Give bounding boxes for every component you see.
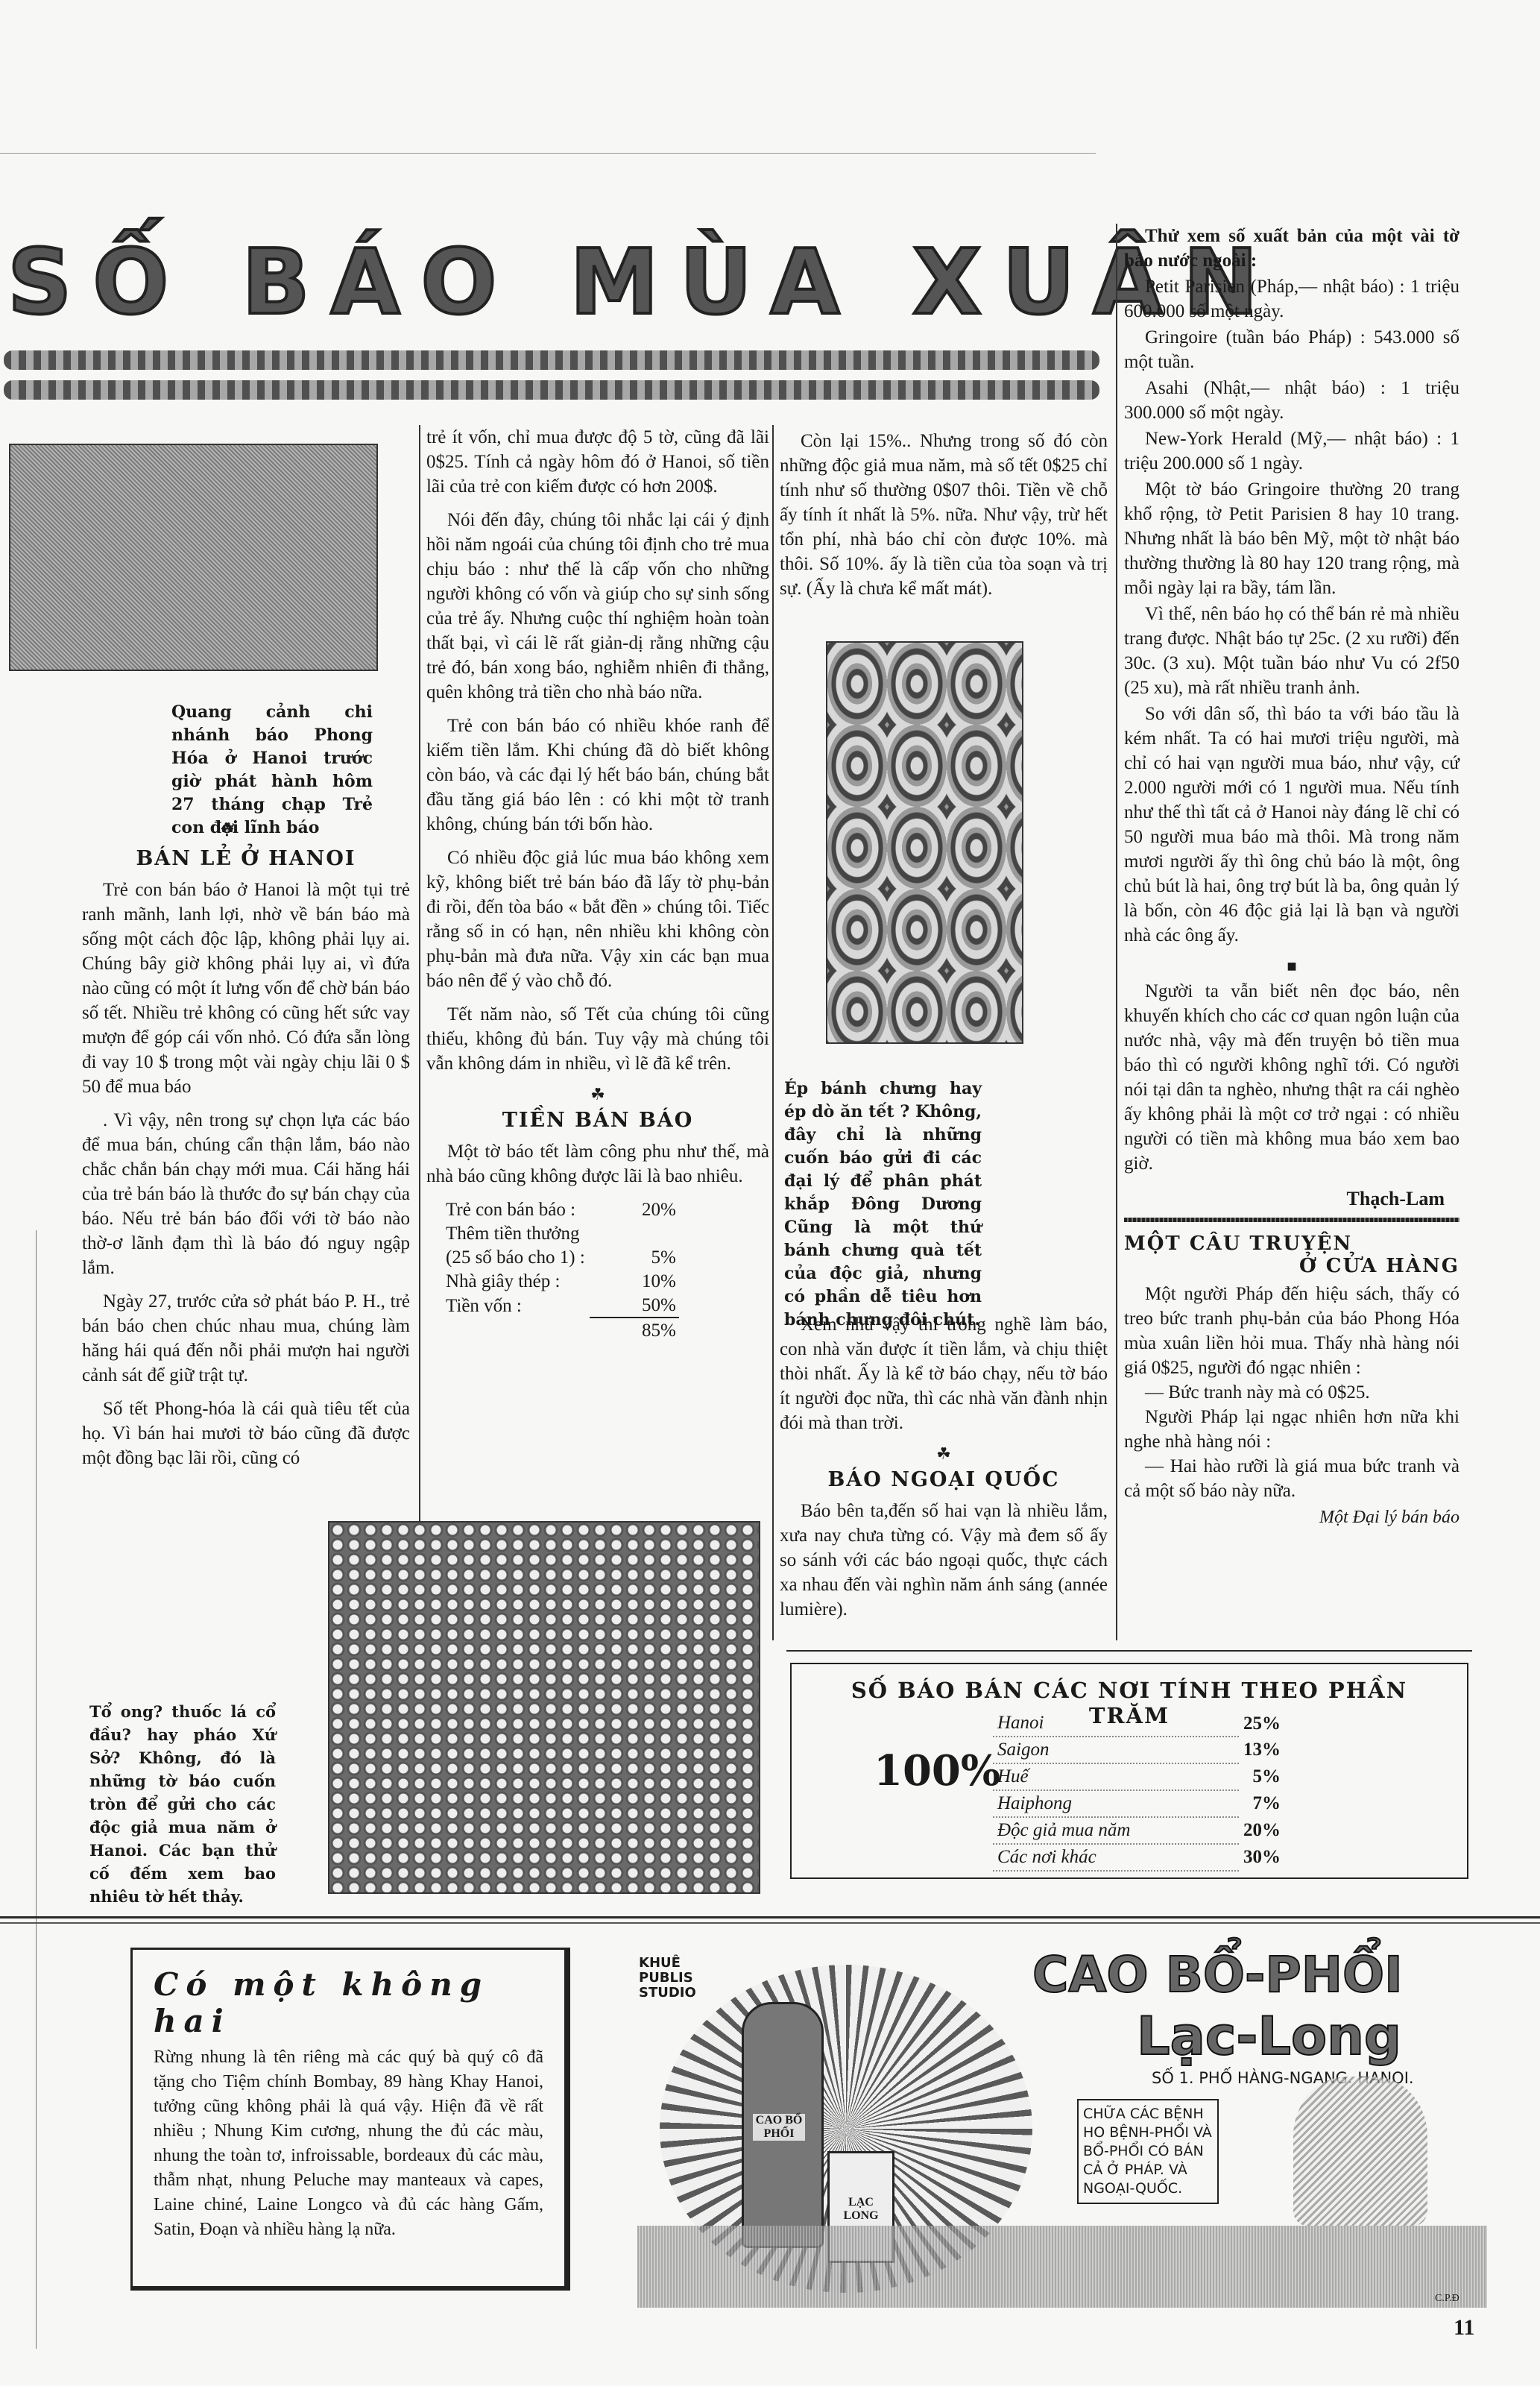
cost-breakdown-table: Trẻ con bán báo :20% Thêm tiền thưởng (2… (441, 1197, 681, 1344)
cost-row: Thêm tiền thưởng (443, 1223, 679, 1245)
margin-rule (36, 1230, 37, 2349)
col1-paragraph: Số tết Phong-hóa là cái quà tiêu tết của… (82, 1397, 410, 1470)
title-wave-rule-2 (4, 380, 1099, 400)
story-paragraph: — Hai hào rưỡi là giá mua bức tranh và c… (1124, 1454, 1459, 1503)
cost-intro: Một tờ báo tết làm công phu như thế, mà … (426, 1139, 769, 1189)
col4-paragraph: Thử xem số xuất bản của một vài tờ báo n… (1124, 224, 1459, 273)
col3-paragraph: Xem như vậy thì trong nghề làm báo, con … (780, 1312, 1108, 1435)
rolls-caption: Ép bánh chưng hay ép dò ăn tết ? Không, … (784, 1077, 982, 1332)
column-2: trẻ ít vốn, chỉ mua được độ 5 tờ, cũng đ… (426, 425, 769, 1344)
studio-mark: KHUÊ PUBLIS STUDIO (639, 1956, 691, 2001)
cost-row: Tiền vốn :50% (443, 1294, 679, 1318)
col4-paragraph: So với dân số, thì báo ta với báo tầu là… (1124, 702, 1459, 948)
box-label: LẠC LONG (830, 2196, 892, 2223)
story-paragraph: Một người Pháp đến hiệu sách, thấy có tr… (1124, 1282, 1459, 1380)
col4-paragraph: Gringoire (tuần báo Pháp) : 543.000 số m… (1124, 325, 1459, 374)
column-1: BÁN LẺ Ở HANOI Trẻ con bán báo ở Hanoi l… (82, 843, 410, 1479)
col4-paragraph: Vì thế, nên báo họ có thể bán rẻ mà nhiề… (1124, 602, 1459, 700)
ornament-icon: ☘ (426, 1085, 769, 1104)
col3-paragraph: Còn lại 15%.. Nhưng trong số đó còn nhữn… (780, 429, 1108, 601)
percent-row: Độc giả mua năm20% (993, 1817, 1285, 1844)
ad-bombay-title: Có một không hai (154, 1966, 543, 2039)
story-title-line1: MỘT CÂU TRUYỆN (1124, 1233, 1459, 1255)
footer-mark: C.P.Đ (1435, 2293, 1459, 2305)
brand-line2: Lạc-Long (1137, 2006, 1401, 2067)
col3-paragraph: Báo bên ta,đến số hai vạn là nhiều lắm, … (780, 1499, 1108, 1622)
ad-bombay-body: Rừng nhung là tên riêng mà các quý bà qu… (154, 2045, 543, 2242)
cost-row: Nhà giây thép :10% (443, 1271, 679, 1293)
column-3-lower: Xem như vậy thì trong nghề làm báo, con … (780, 1312, 1108, 1631)
column-divider (419, 425, 420, 1529)
col4-paragraph: Petit Parisien (Pháp,— nhật báo) : 1 tri… (1124, 274, 1459, 324)
story-paragraph: — Bức tranh này mà có 0$25. (1124, 1380, 1459, 1405)
title-wave-rule-1 (4, 350, 1099, 370)
ornament-icon: ☘ (216, 819, 239, 839)
percent-row: Các nơi khác30% (993, 1844, 1285, 1871)
col1-paragraph: Trẻ con bán báo ở Hanoi là một tụi trẻ r… (82, 878, 410, 1099)
percent-table: Hanoi25% Saigon13% Huế5% Haiphong7% Độc … (993, 1710, 1285, 1872)
ads-separator-2 (0, 1922, 1540, 1924)
ad-laclong: KHUÊ PUBLIS STUDIO CAO BỔ PHỔI LẠC LONG … (630, 1942, 1487, 2308)
top-rule (0, 153, 1096, 154)
col2-paragraph: Có nhiều độc giả lúc mua báo không xem k… (426, 846, 769, 993)
col1-paragraph: . Vì vậy, nên trong sự chọn lựa các báo … (82, 1108, 410, 1280)
percent-row: Saigon13% (993, 1737, 1285, 1763)
col4-paragraph: Asahi (Nhật,— nhật báo) : 1 triệu 300.00… (1124, 376, 1459, 425)
column-4: Thử xem số xuất bản của một vài tờ báo n… (1124, 224, 1459, 1528)
percent-row: Huế5% (993, 1763, 1285, 1790)
col2-paragraph: Trẻ con bán báo có nhiều khóe ranh để ki… (426, 714, 769, 837)
section-heading-bao-ngoai-quoc: BÁO NGOẠI QUỐC (780, 1468, 1108, 1491)
section-heading-tien-ban-bao: TIỀN BÁN BÁO (426, 1109, 769, 1132)
bees-caption: Tổ ong? thuốc lá cổ đầu? hay pháo Xứ Sở?… (89, 1700, 276, 1908)
story-paragraph: Người Pháp lại ngạc nhiên hơn nữa khi ng… (1124, 1405, 1459, 1454)
cost-row: (25 số báo cho 1) :5% (443, 1247, 679, 1269)
cost-total-row: 85% (443, 1320, 679, 1342)
ad-bombay: Có một không hai Rừng nhung là tên riêng… (130, 1948, 570, 2291)
ad-ground (637, 2226, 1487, 2308)
col2-paragraph: Nói đến đây, chúng tôi nhắc lại cái ý đị… (426, 508, 769, 705)
ornament-icon: ■ (1124, 957, 1459, 976)
ornament-icon: ☘ (780, 1444, 1108, 1464)
col4-paragraph: New-York Herald (Mỹ,— nhật báo) : 1 triệ… (1124, 426, 1459, 476)
claims-box: CHỮA CÁC BỆNH HO BỆNH-PHỔI VÀ BỔ-PHỔI CÓ… (1077, 2099, 1219, 2204)
ads-separator-1 (0, 1916, 1540, 1918)
signature-thach-lam: Thạch-Lam (1124, 1188, 1445, 1210)
col2-paragraph: trẻ ít vốn, chỉ mua được độ 5 tờ, cũng đ… (426, 425, 769, 499)
story-signature: Một Đại lý bán báo (1124, 1508, 1459, 1528)
total-percent: 100% (874, 1746, 1000, 1795)
brand-line1: CAO BỔ-PHỔI (1032, 1946, 1403, 2003)
col2-paragraph: Tết năm nào, số Tết của chúng tôi cũng t… (426, 1002, 769, 1076)
photo-caption: Quang cảnh chi nhánh báo Phong Hóa ở Han… (171, 701, 373, 840)
percent-box-top-rule (786, 1650, 1472, 1652)
column-divider (1116, 224, 1117, 1640)
page-title: SỐ BÁO MÙA XUÂN (7, 231, 1279, 335)
percent-row: Hanoi25% (993, 1710, 1285, 1737)
story-title-line2: Ở CỬA HÀNG (1124, 1255, 1459, 1277)
page-number: 11 (1454, 2315, 1474, 2341)
newspaper-rolls-photo (826, 641, 1023, 1044)
section-heading-ban-le: BÁN LẺ Ở HANOI (82, 847, 410, 870)
percent-row: Haiphong7% (993, 1790, 1285, 1817)
col1-paragraph: Ngày 27, trước cửa sở phát báo P. H., tr… (82, 1289, 410, 1388)
column-divider (772, 425, 774, 1640)
rolled-newspapers-photo (328, 1521, 760, 1894)
story-divider (1124, 1218, 1459, 1222)
bottle-label: CAO BỔ PHỔI (753, 2114, 805, 2141)
column-3: Còn lại 15%.. Nhưng trong số đó còn nhữn… (780, 429, 1108, 610)
tiger-illustration (1293, 2077, 1427, 2226)
col4-paragraph: Người ta vẫn biết nên đọc báo, nên khuyế… (1124, 979, 1459, 1176)
col4-paragraph: Một tờ báo Gringoire thường 20 trang khổ… (1124, 477, 1459, 600)
newspaper-branch-photo (9, 444, 378, 671)
cost-row: Trẻ con bán báo :20% (443, 1199, 679, 1221)
percent-box: SỐ BÁO BÁN CÁC NƠI TÍNH THEO PHẦN TRĂM 1… (790, 1663, 1468, 1879)
